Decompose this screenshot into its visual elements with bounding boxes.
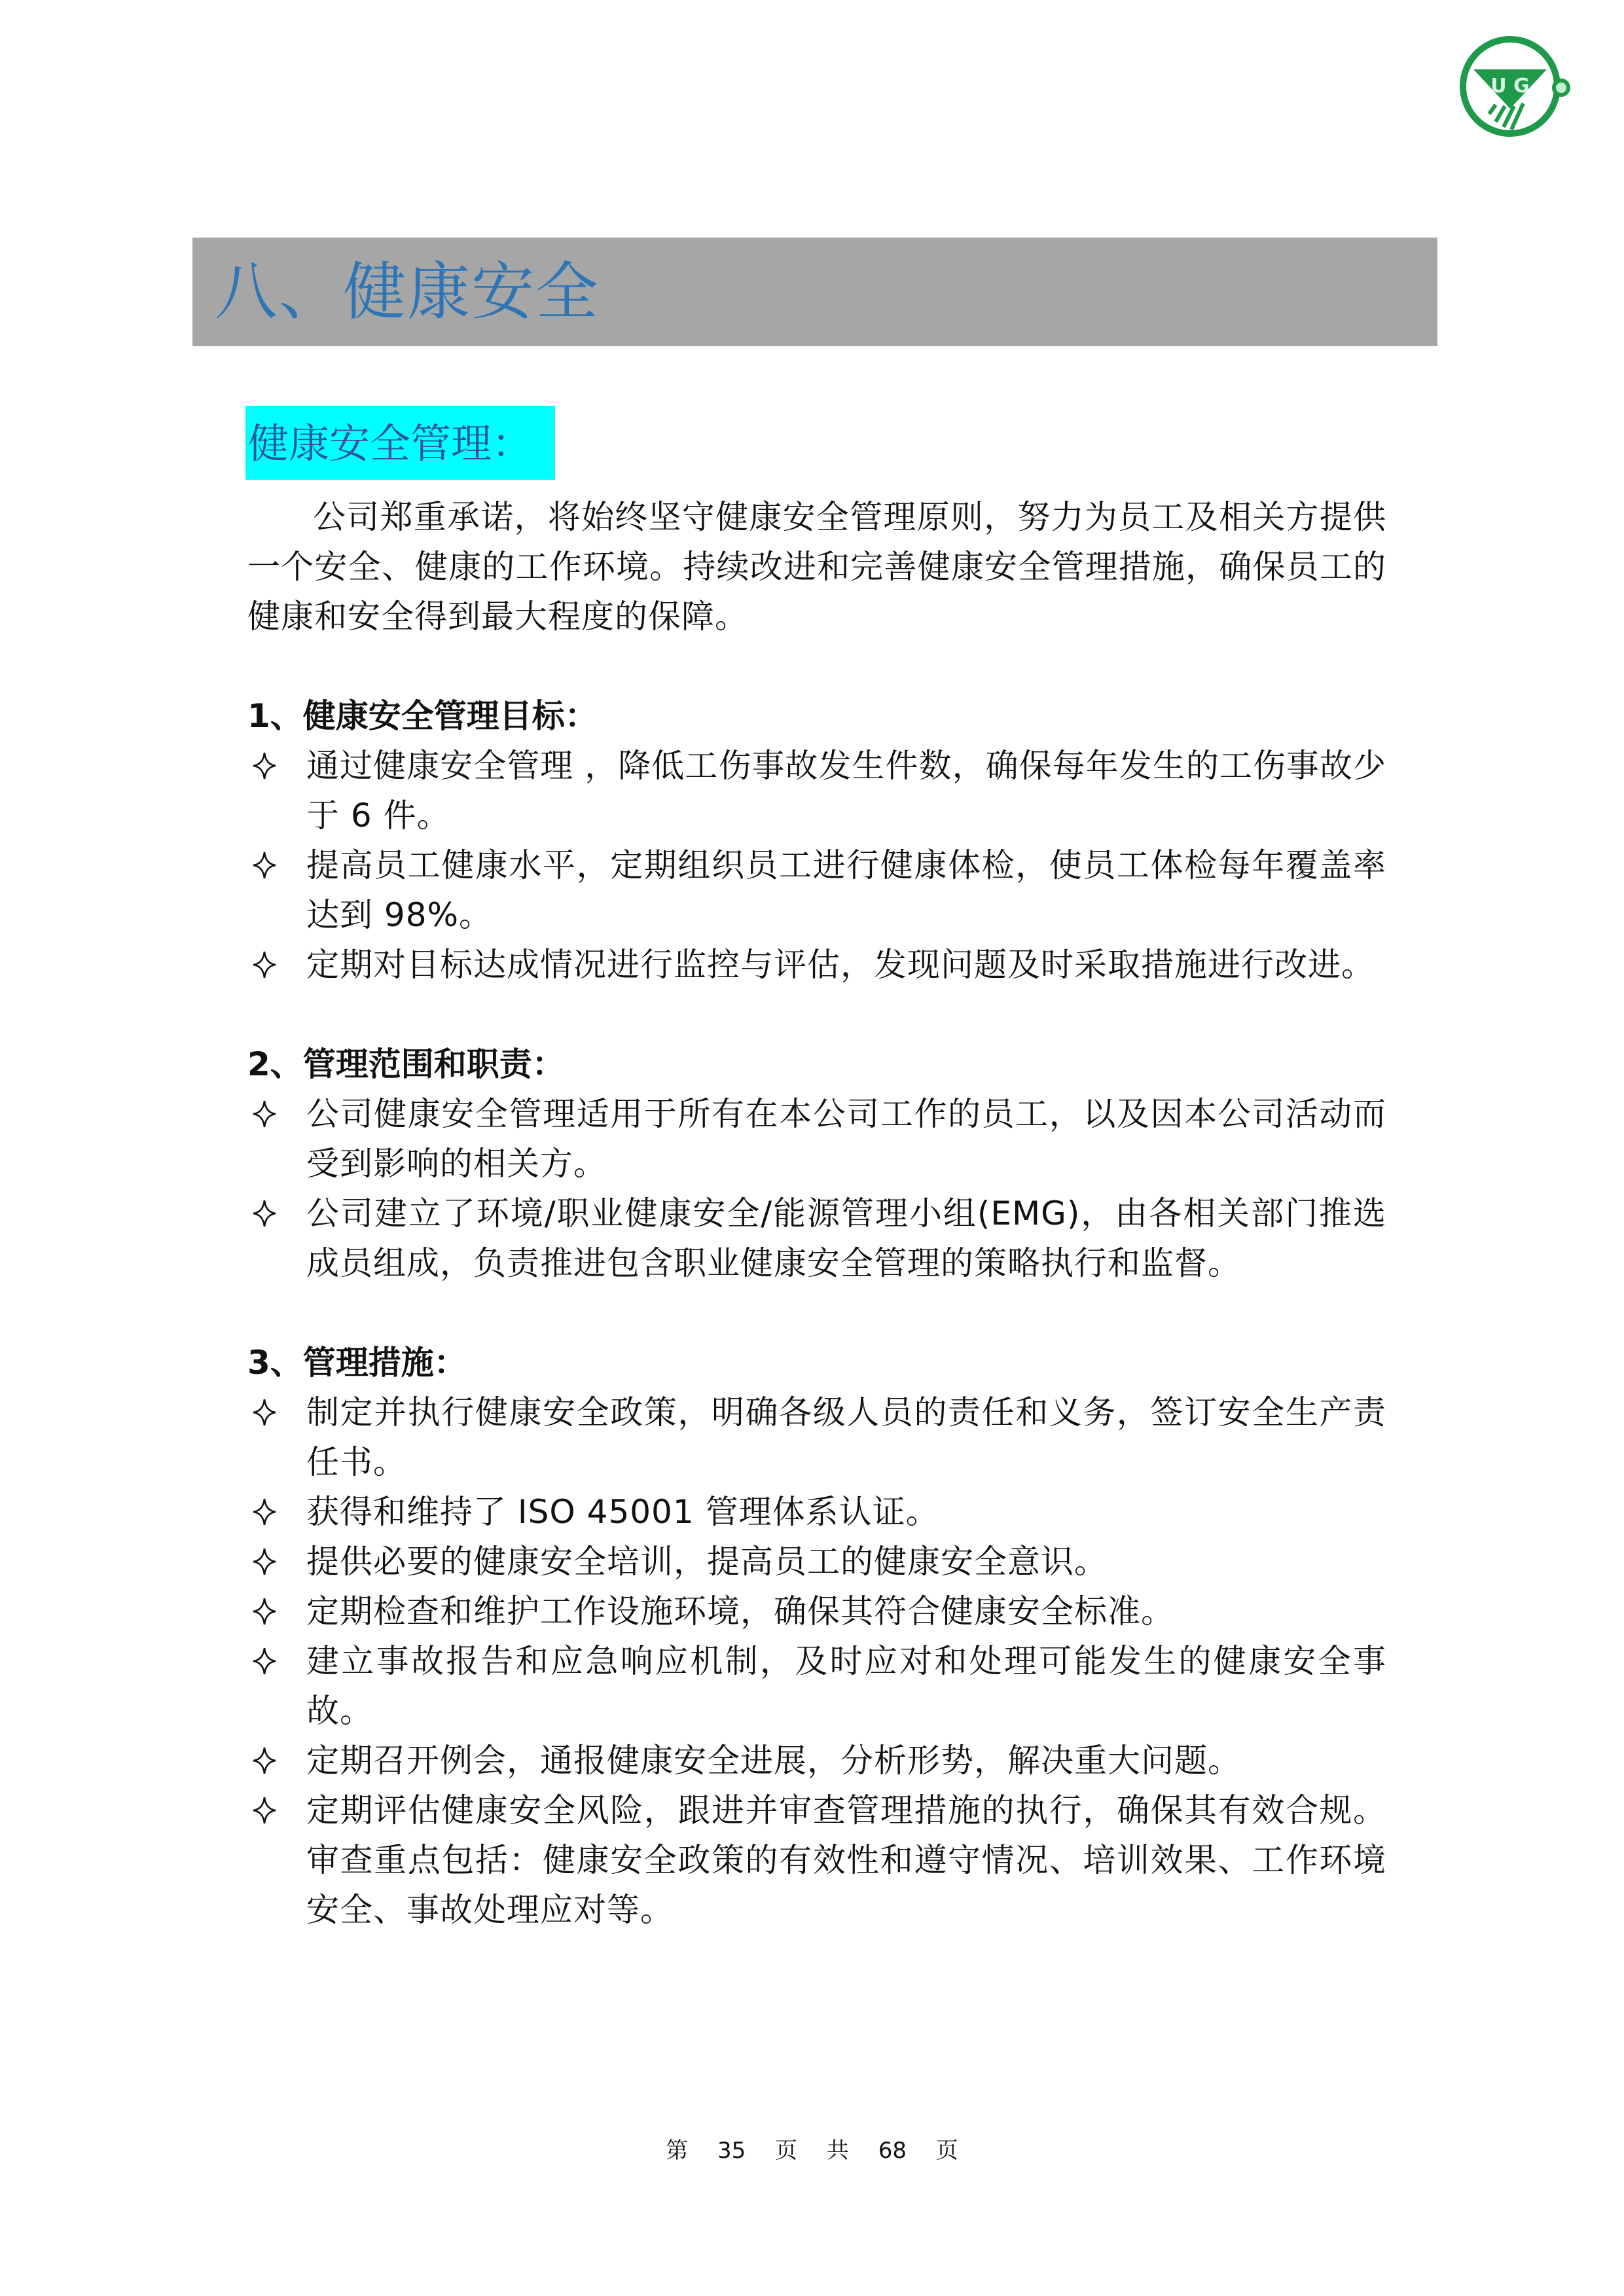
- list-item: 获得和维持了 ISO 45001 管理体系认证。: [247, 1487, 1386, 1537]
- four-point-star-outline-icon: [250, 840, 279, 890]
- svg-text:U G: U G: [1490, 75, 1529, 98]
- page-word: 页: [775, 2138, 797, 2164]
- scope-list: 公司健康安全管理适用于所有在本公司工作的员工，以及因本公司活动而受到影响的相关方…: [247, 1089, 1386, 1288]
- company-logo: U G: [1450, 25, 1581, 146]
- list-item: 定期召开例会，通报健康安全进展，分析形势，解决重大问题。: [247, 1736, 1386, 1785]
- section-title-highlight: 健康安全管理：: [245, 406, 555, 480]
- chapter-header-bar: 八、健康安全: [192, 238, 1437, 346]
- current-page-number: 35: [717, 2138, 746, 2164]
- subsection-heading-measures: 3、管理措施：: [247, 1338, 1386, 1388]
- four-point-star-outline-icon: [250, 1785, 279, 1835]
- list-item: 通过健康安全管理 ，降低工伤事故发生件数，确保每年发生的工伤事故少于 6 件。: [247, 741, 1386, 840]
- goals-list: 通过健康安全管理 ，降低工伤事故发生件数，确保每年发生的工伤事故少于 6 件。 …: [247, 741, 1386, 990]
- four-point-star-outline-icon: [250, 1388, 279, 1437]
- four-point-star-outline-icon: [250, 1636, 279, 1686]
- four-point-star-outline-icon: [250, 940, 279, 990]
- page-prefix: 第: [666, 2138, 688, 2164]
- section-title: 健康安全管理：: [248, 420, 532, 467]
- four-point-star-outline-icon: [250, 1736, 279, 1785]
- four-point-star-outline-icon: [250, 1089, 279, 1139]
- list-item: 公司健康安全管理适用于所有在本公司工作的员工，以及因本公司活动而受到影响的相关方…: [247, 1089, 1386, 1189]
- chapter-title: 八、健康安全: [215, 256, 600, 328]
- list-item: 公司建立了环境/职业健康安全/能源管理小组(EMG)，由各相关部门推选成员组成，…: [247, 1189, 1386, 1288]
- subsection-heading-goals: 1、健康安全管理目标：: [247, 691, 1386, 741]
- total-word: 共: [827, 2138, 849, 2164]
- page-suffix: 页: [936, 2138, 958, 2164]
- four-point-star-outline-icon: [250, 1537, 279, 1587]
- ug-logo-icon: U G: [1450, 25, 1581, 146]
- four-point-star-outline-icon: [250, 1487, 279, 1537]
- four-point-star-outline-icon: [250, 1587, 279, 1636]
- page-number-footer: 第 35 页 共 68 页: [0, 2138, 1624, 2164]
- list-item: 定期检查和维护工作设施环境，确保其符合健康安全标准。: [247, 1587, 1386, 1636]
- list-item: 定期评估健康安全风险，跟进并审查管理措施的执行，确保其有效合规。审查重点包括：健…: [247, 1785, 1386, 1935]
- list-item: 提供必要的健康安全培训，提高员工的健康安全意识。: [247, 1537, 1386, 1587]
- document-body: 公司郑重承诺，将始终坚守健康安全管理原则，努力为员工及相关方提供一个安全、健康的…: [247, 492, 1386, 1935]
- four-point-star-outline-icon: [250, 741, 279, 791]
- total-pages-number: 68: [878, 2138, 907, 2164]
- measures-list: 制定并执行健康安全政策，明确各级人员的责任和义务，签订安全生产责任书。 获得和维…: [247, 1388, 1386, 1935]
- four-point-star-outline-icon: [250, 1189, 279, 1238]
- intro-paragraph: 公司郑重承诺，将始终坚守健康安全管理原则，努力为员工及相关方提供一个安全、健康的…: [247, 492, 1386, 641]
- list-item: 定期对目标达成情况进行监控与评估，发现问题及时采取措施进行改进。: [247, 940, 1386, 990]
- list-item: 制定并执行健康安全政策，明确各级人员的责任和义务，签订安全生产责任书。: [247, 1388, 1386, 1487]
- list-item: 提高员工健康水平，定期组织员工进行健康体检，使员工体检每年覆盖率达到 98%。: [247, 840, 1386, 940]
- subsection-heading-scope: 2、管理范围和职责：: [247, 1039, 1386, 1089]
- list-item: 建立事故报告和应急响应机制，及时应对和处理可能发生的健康安全事故。: [247, 1636, 1386, 1736]
